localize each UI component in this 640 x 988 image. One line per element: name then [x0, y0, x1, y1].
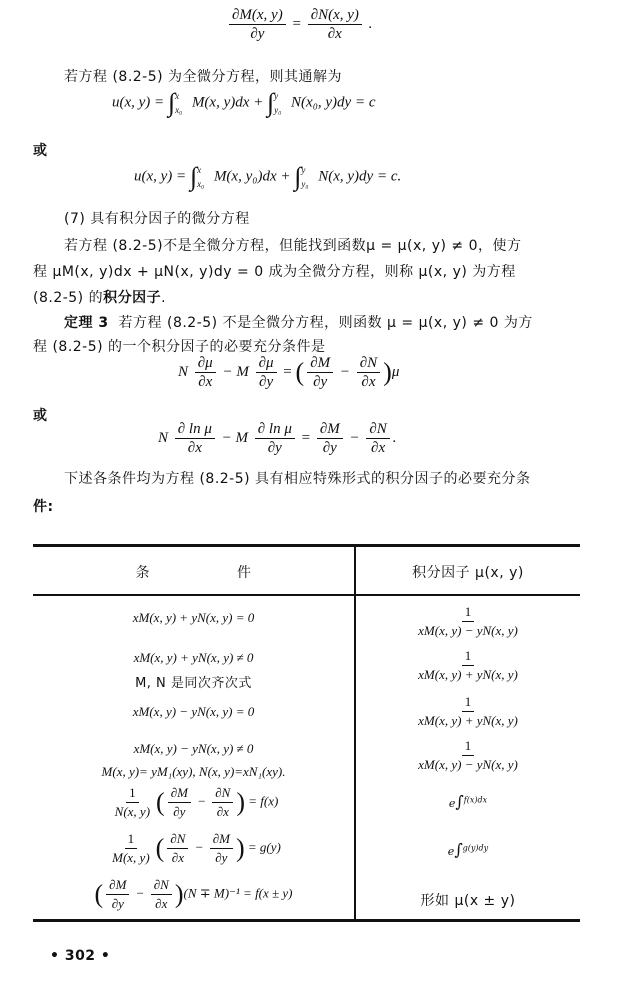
- fraction-denominator: ∂x: [358, 373, 378, 391]
- symbol: − M: [222, 430, 248, 446]
- term-integrating-factor: 积分因子: [103, 290, 161, 306]
- integral-body: N(x, y)dy = c.: [318, 168, 401, 184]
- fraction-denominator: ∂y: [212, 849, 230, 867]
- header-text: 积分因子 μ(x, y): [412, 565, 524, 581]
- fraction-numerator: ∂M: [210, 830, 233, 849]
- integrating-factor-line-1: 若方程 (8.2-5)不是全微分方程，但能找到函数μ = μ(x, y) ≠ 0…: [64, 235, 521, 255]
- symbol: N: [158, 430, 168, 446]
- fraction-numerator: 1: [462, 603, 475, 622]
- fraction-numerator: 1: [125, 830, 138, 849]
- fraction-denominator: ∂y: [256, 373, 276, 391]
- equals-sign: =: [283, 364, 291, 380]
- fraction-numerator: ∂M: [307, 354, 333, 373]
- fraction-denominator: ∂x: [152, 895, 170, 913]
- table-row-7-condition: (∂M∂y − ∂N∂x)(N ∓ M)⁻¹ = f(x ± y): [33, 876, 354, 913]
- minus-sign: −: [350, 430, 360, 446]
- or-label: 或: [33, 140, 48, 160]
- table-row-6-condition: 1M(x, y)(∂N∂x − ∂M∂y) = g(y): [33, 830, 354, 867]
- fraction-numerator: ∂ ln μ: [175, 420, 215, 439]
- fraction-numerator: ∂ ln μ: [255, 420, 295, 439]
- solution-lhs: u(x, y) =: [134, 168, 186, 184]
- fraction-numerator: ∂M: [317, 420, 343, 439]
- exponent: f(x)dx: [464, 795, 487, 804]
- fraction-numerator: 1: [462, 693, 475, 712]
- integrating-factor-condition-equation-2: N ∂ ln μ∂x − M ∂ ln μ∂y = ∂M∂y − ∂N∂x.: [158, 420, 397, 457]
- general-solution-equation-1: u(x, y) = ∫xx₀ M(x, y)dx + ∫yy₀ N(x₀, y)…: [112, 88, 376, 118]
- integral-lower-limit: y₀: [301, 177, 308, 191]
- fraction-numerator: ∂N: [151, 876, 172, 895]
- integral-sign-icon: ∫: [267, 88, 274, 117]
- fraction-denominator: ∂x: [325, 25, 345, 43]
- integral-lower-limit: x₀: [175, 103, 182, 117]
- integrating-factor-condition-equation-1: N ∂μ∂x − M ∂μ∂y = (∂M∂y − ∂N∂x)μ: [178, 354, 399, 391]
- table-row-5-condition: 1N(x, y)(∂M∂y − ∂N∂x) = f(x): [33, 784, 354, 821]
- fraction-denominator: xM(x, y) + yN(x, y): [415, 712, 521, 730]
- integrating-factor-line-2: 程 μM(x, y)dx + μN(x, y)dy = 0 成为全微分方程，则称…: [33, 261, 516, 281]
- theorem-text: 若方程 (8.2-5) 不是全微分方程，则函数 μ = μ(x, y) ≠ 0 …: [119, 315, 533, 331]
- right-paren-icon: ): [236, 788, 245, 817]
- fraction-denominator: xM(x, y) − yN(x, y): [415, 756, 521, 774]
- fraction-numerator: 1: [462, 737, 475, 756]
- table-row-2-factor: 1xM(x, y) + yN(x, y): [356, 647, 580, 684]
- integral-upper-limit: x: [197, 163, 204, 177]
- text: .: [161, 290, 166, 306]
- general-solution-paragraph: 若方程 (8.2-5) 为全微分方程，则其通解为: [64, 66, 342, 86]
- section-heading: (7) 具有积分因子的微分方程: [64, 208, 250, 228]
- equals-sign: =: [302, 430, 310, 446]
- fraction-numerator: ∂N: [212, 784, 233, 803]
- table-row-6-factor: e∫g(y)dy: [356, 840, 580, 859]
- fraction-denominator: ∂x: [195, 373, 215, 391]
- integral-sign-icon: ∫: [294, 162, 301, 191]
- integral-lower-limit: y₀: [274, 103, 281, 117]
- table-header-rule: [33, 594, 580, 596]
- fraction-denominator: ∂x: [169, 849, 187, 867]
- theorem-label: 定理 3: [64, 315, 109, 331]
- symbol: − M: [222, 364, 248, 380]
- table-bottom-rule: [33, 919, 580, 922]
- integral-body: M(x, y)dx +: [192, 94, 263, 110]
- fraction-denominator: ∂y: [265, 439, 285, 457]
- left-paren-icon: (: [94, 880, 103, 909]
- table-row-3-factor: 1xM(x, y) + yN(x, y): [356, 693, 580, 730]
- condition-rhs: = f(x): [248, 793, 278, 808]
- minus-sign: −: [340, 364, 350, 380]
- table-row-1-condition: xM(x, y) + yN(x, y) = 0: [33, 610, 354, 626]
- symbol: μ: [392, 364, 400, 380]
- table-row-4-condition-line-1: xM(x, y) − yN(x, y) ≠ 0: [33, 741, 354, 757]
- right-paren-icon: ): [236, 834, 245, 863]
- page-number: • 302 •: [50, 948, 110, 964]
- theorem-3-line-1: 定理 3 若方程 (8.2-5) 不是全微分方程，则函数 μ = μ(x, y)…: [64, 312, 533, 332]
- table-row-5-factor: e∫f(x)dx: [356, 792, 580, 811]
- general-solution-equation-2: u(x, y) = ∫xx₀ M(x, y₀)dx + ∫yy₀ N(x, y)…: [134, 162, 401, 192]
- integral-upper-limit: y: [274, 89, 281, 103]
- integral-sign-icon: ∫: [454, 840, 462, 859]
- table-header-condition: 条 件: [33, 562, 354, 582]
- exponent: g(y)dy: [463, 843, 489, 852]
- period: .: [369, 16, 373, 32]
- integral-upper-limit: x: [175, 89, 182, 103]
- table-top-rule: [33, 544, 580, 547]
- left-paren-icon: (: [296, 358, 305, 387]
- fraction-numerator: ∂N: [357, 354, 380, 373]
- following-conditions-line-1: 下述各条件均为方程 (8.2-5) 具有相应特殊形式的积分因子的必要充分条: [64, 468, 531, 488]
- fraction-numerator: ∂N(x, y): [308, 6, 362, 25]
- fraction-numerator: ∂μ: [256, 354, 277, 373]
- table-row-2-condition-line-1: xM(x, y) + yN(x, y) ≠ 0: [33, 650, 354, 666]
- integral-sign-icon: ∫: [455, 792, 463, 811]
- fraction-numerator: ∂M(x, y): [229, 6, 286, 25]
- table-row-2-condition-line-2: M, N 是同次齐次式: [33, 672, 354, 691]
- right-paren-icon: ): [383, 358, 392, 387]
- table-row-1-factor: 1xM(x, y) − yN(x, y): [356, 603, 580, 640]
- table-row-4-condition-line-2: M(x, y)= yM₁(xy), N(x, y)=xN₁(xy).: [33, 764, 354, 780]
- fraction-denominator: ∂y: [310, 373, 330, 391]
- fraction-numerator: ∂M: [168, 784, 191, 803]
- fraction-denominator: ∂y: [320, 439, 340, 457]
- integral-lower-limit: x₀: [197, 177, 204, 191]
- fraction-denominator: N(x, y): [112, 803, 153, 821]
- fraction-numerator: 1: [126, 784, 139, 803]
- fraction-numerator: ∂M: [106, 876, 129, 895]
- integrating-factor-line-3: (8.2-5) 的积分因子.: [33, 287, 166, 307]
- fraction-denominator: ∂x: [214, 803, 232, 821]
- table-row-3-condition: xM(x, y) − yN(x, y) = 0: [33, 704, 354, 720]
- integral-body: M(x, y₀)dx +: [214, 168, 291, 184]
- fraction-numerator: ∂N: [366, 420, 389, 439]
- table-header-factor: 积分因子 μ(x, y): [356, 562, 580, 582]
- fraction-denominator: M(x, y): [109, 849, 153, 867]
- fraction-denominator: xM(x, y) + yN(x, y): [415, 666, 521, 684]
- equals-sign: =: [292, 16, 300, 32]
- condition-rhs: = g(y): [248, 839, 281, 854]
- fraction-denominator: ∂y: [247, 25, 267, 43]
- or-label: 或: [33, 405, 48, 425]
- symbol: N: [178, 364, 188, 380]
- following-conditions-line-2: 件:: [33, 496, 54, 516]
- fraction-numerator: ∂μ: [195, 354, 216, 373]
- solution-lhs: u(x, y) =: [112, 94, 164, 110]
- text: (8.2-5) 的: [33, 290, 103, 306]
- fraction-numerator: ∂N: [167, 830, 188, 849]
- fraction-denominator: xM(x, y) − yN(x, y): [415, 622, 521, 640]
- fraction-denominator: ∂y: [109, 895, 127, 913]
- theorem-3-line-2: 程 (8.2-5) 的一个积分因子的必要充分条件是: [33, 336, 326, 356]
- table-row-4-factor: 1xM(x, y) − yN(x, y): [356, 737, 580, 774]
- left-paren-icon: (: [156, 788, 165, 817]
- integral-body: N(x₀, y)dy = c: [291, 94, 375, 110]
- fraction-denominator: ∂x: [185, 439, 205, 457]
- table-row-7-factor: 形如 μ(x ± y): [356, 890, 580, 910]
- exactness-condition-equation: ∂M(x, y)∂y = ∂N(x, y)∂x .: [226, 6, 372, 43]
- integral-upper-limit: y: [301, 163, 308, 177]
- integral-sign-icon: ∫: [168, 88, 175, 117]
- left-paren-icon: (: [156, 834, 165, 863]
- fraction-numerator: 1: [462, 647, 475, 666]
- fraction-denominator: ∂x: [368, 439, 388, 457]
- condition-rhs: (N ∓ M)⁻¹ = f(x ± y): [183, 885, 292, 900]
- integral-sign-icon: ∫: [190, 162, 197, 191]
- period: .: [393, 430, 397, 446]
- fraction-denominator: ∂y: [170, 803, 188, 821]
